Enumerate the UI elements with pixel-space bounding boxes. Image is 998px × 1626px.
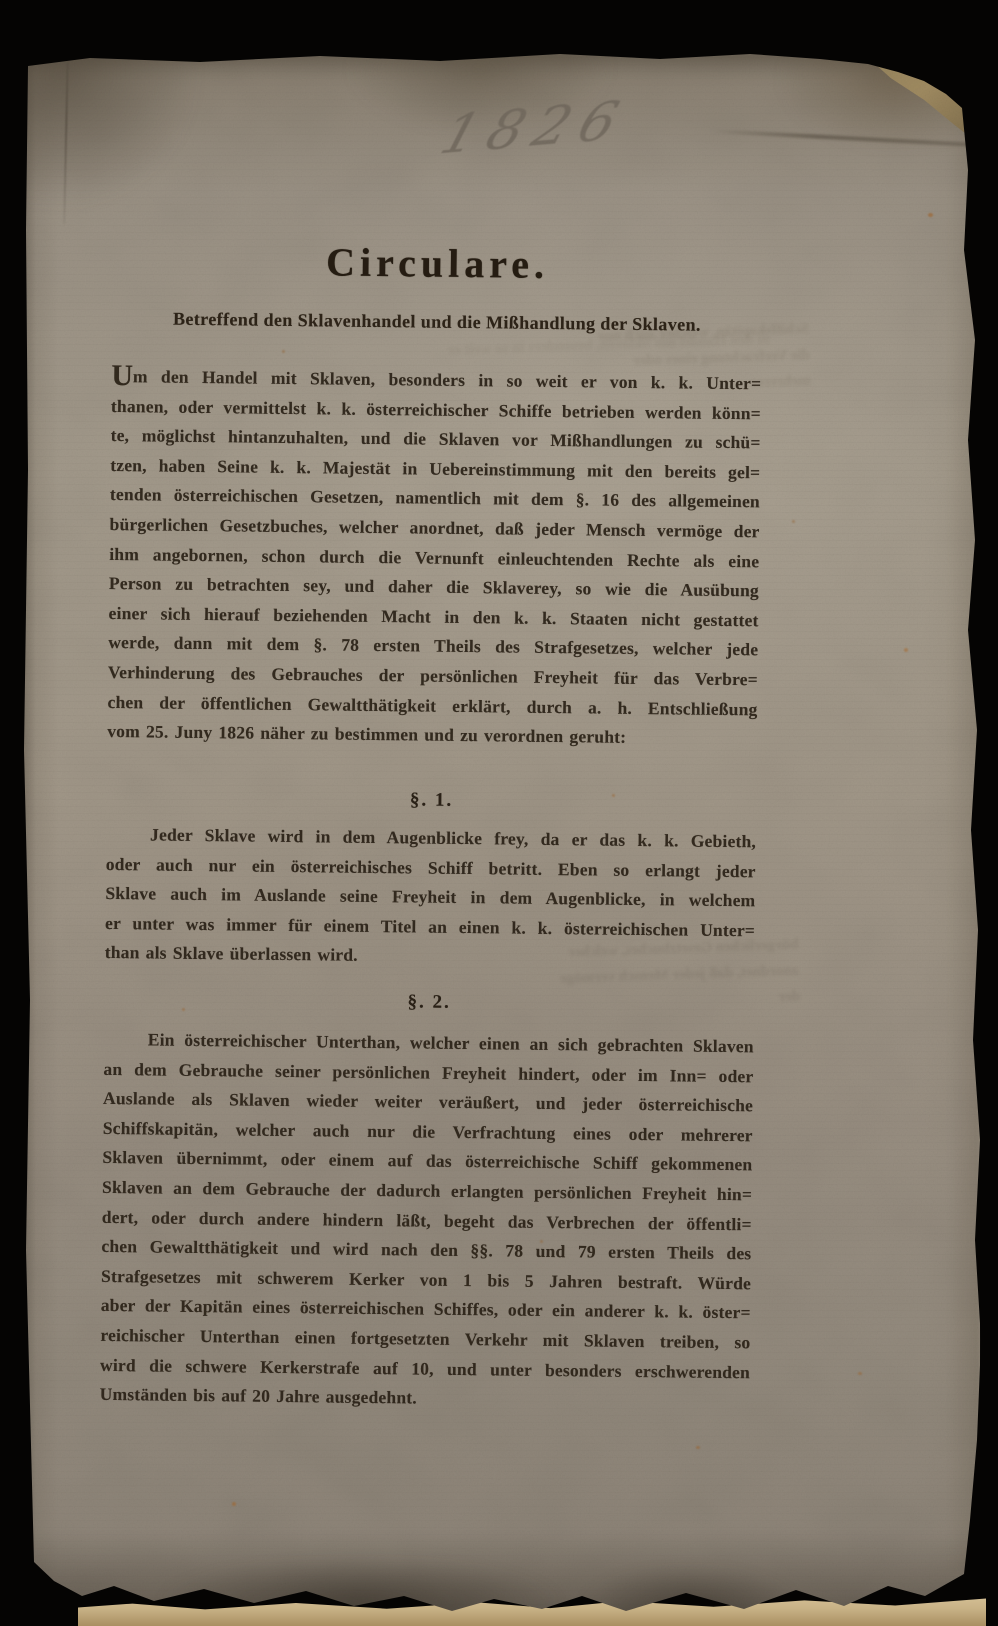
section-2-paragraph: Ein österreichischer Unterthan, welcher …: [100, 1025, 754, 1417]
text-line-content: m den Handel mit Sklaven, besonders in s…: [133, 366, 762, 393]
section-1-heading: §. 1.: [106, 786, 756, 815]
printed-text-block: Circulare. Betreffend den Sklavenhandel …: [97, 50, 765, 1617]
foxing-spot: [928, 213, 933, 217]
text-line: Umständen bis auf 20 Jahre ausgedehnt.: [100, 1380, 750, 1417]
document-title: Circulare.: [112, 236, 762, 290]
top-right-stain: [780, 40, 990, 150]
document-subtitle: Betreffend den Sklavenhandel und die Miß…: [112, 308, 762, 336]
foxing-spot: [792, 520, 795, 523]
section-2-heading: §. 2.: [104, 988, 754, 1017]
document-page: 1826 Schiffskapitän, welcher auch nur di…: [20, 50, 980, 1622]
text-line: than als Sklave überlassen wird.: [105, 938, 755, 975]
vertical-crease: [63, 54, 69, 224]
photograph-background: { "document": { "handwritten_year": "182…: [0, 0, 998, 1626]
foxing-spot: [904, 648, 908, 652]
text-line: vom 25. Juny 1826 näher zu bestimmen und…: [107, 717, 757, 754]
foxing-spot: [858, 1372, 862, 1375]
intro-paragraph: Um den Handel mit Sklaven, besonders in …: [107, 362, 761, 754]
folded-corner: [866, 50, 978, 150]
drop-initial: U: [111, 359, 133, 392]
section-1-paragraph: Jeder Sklave wird in dem Augenblicke fre…: [105, 820, 757, 975]
right-edge-shadow: [948, 110, 980, 1570]
left-edge-shadow: [20, 50, 36, 1622]
